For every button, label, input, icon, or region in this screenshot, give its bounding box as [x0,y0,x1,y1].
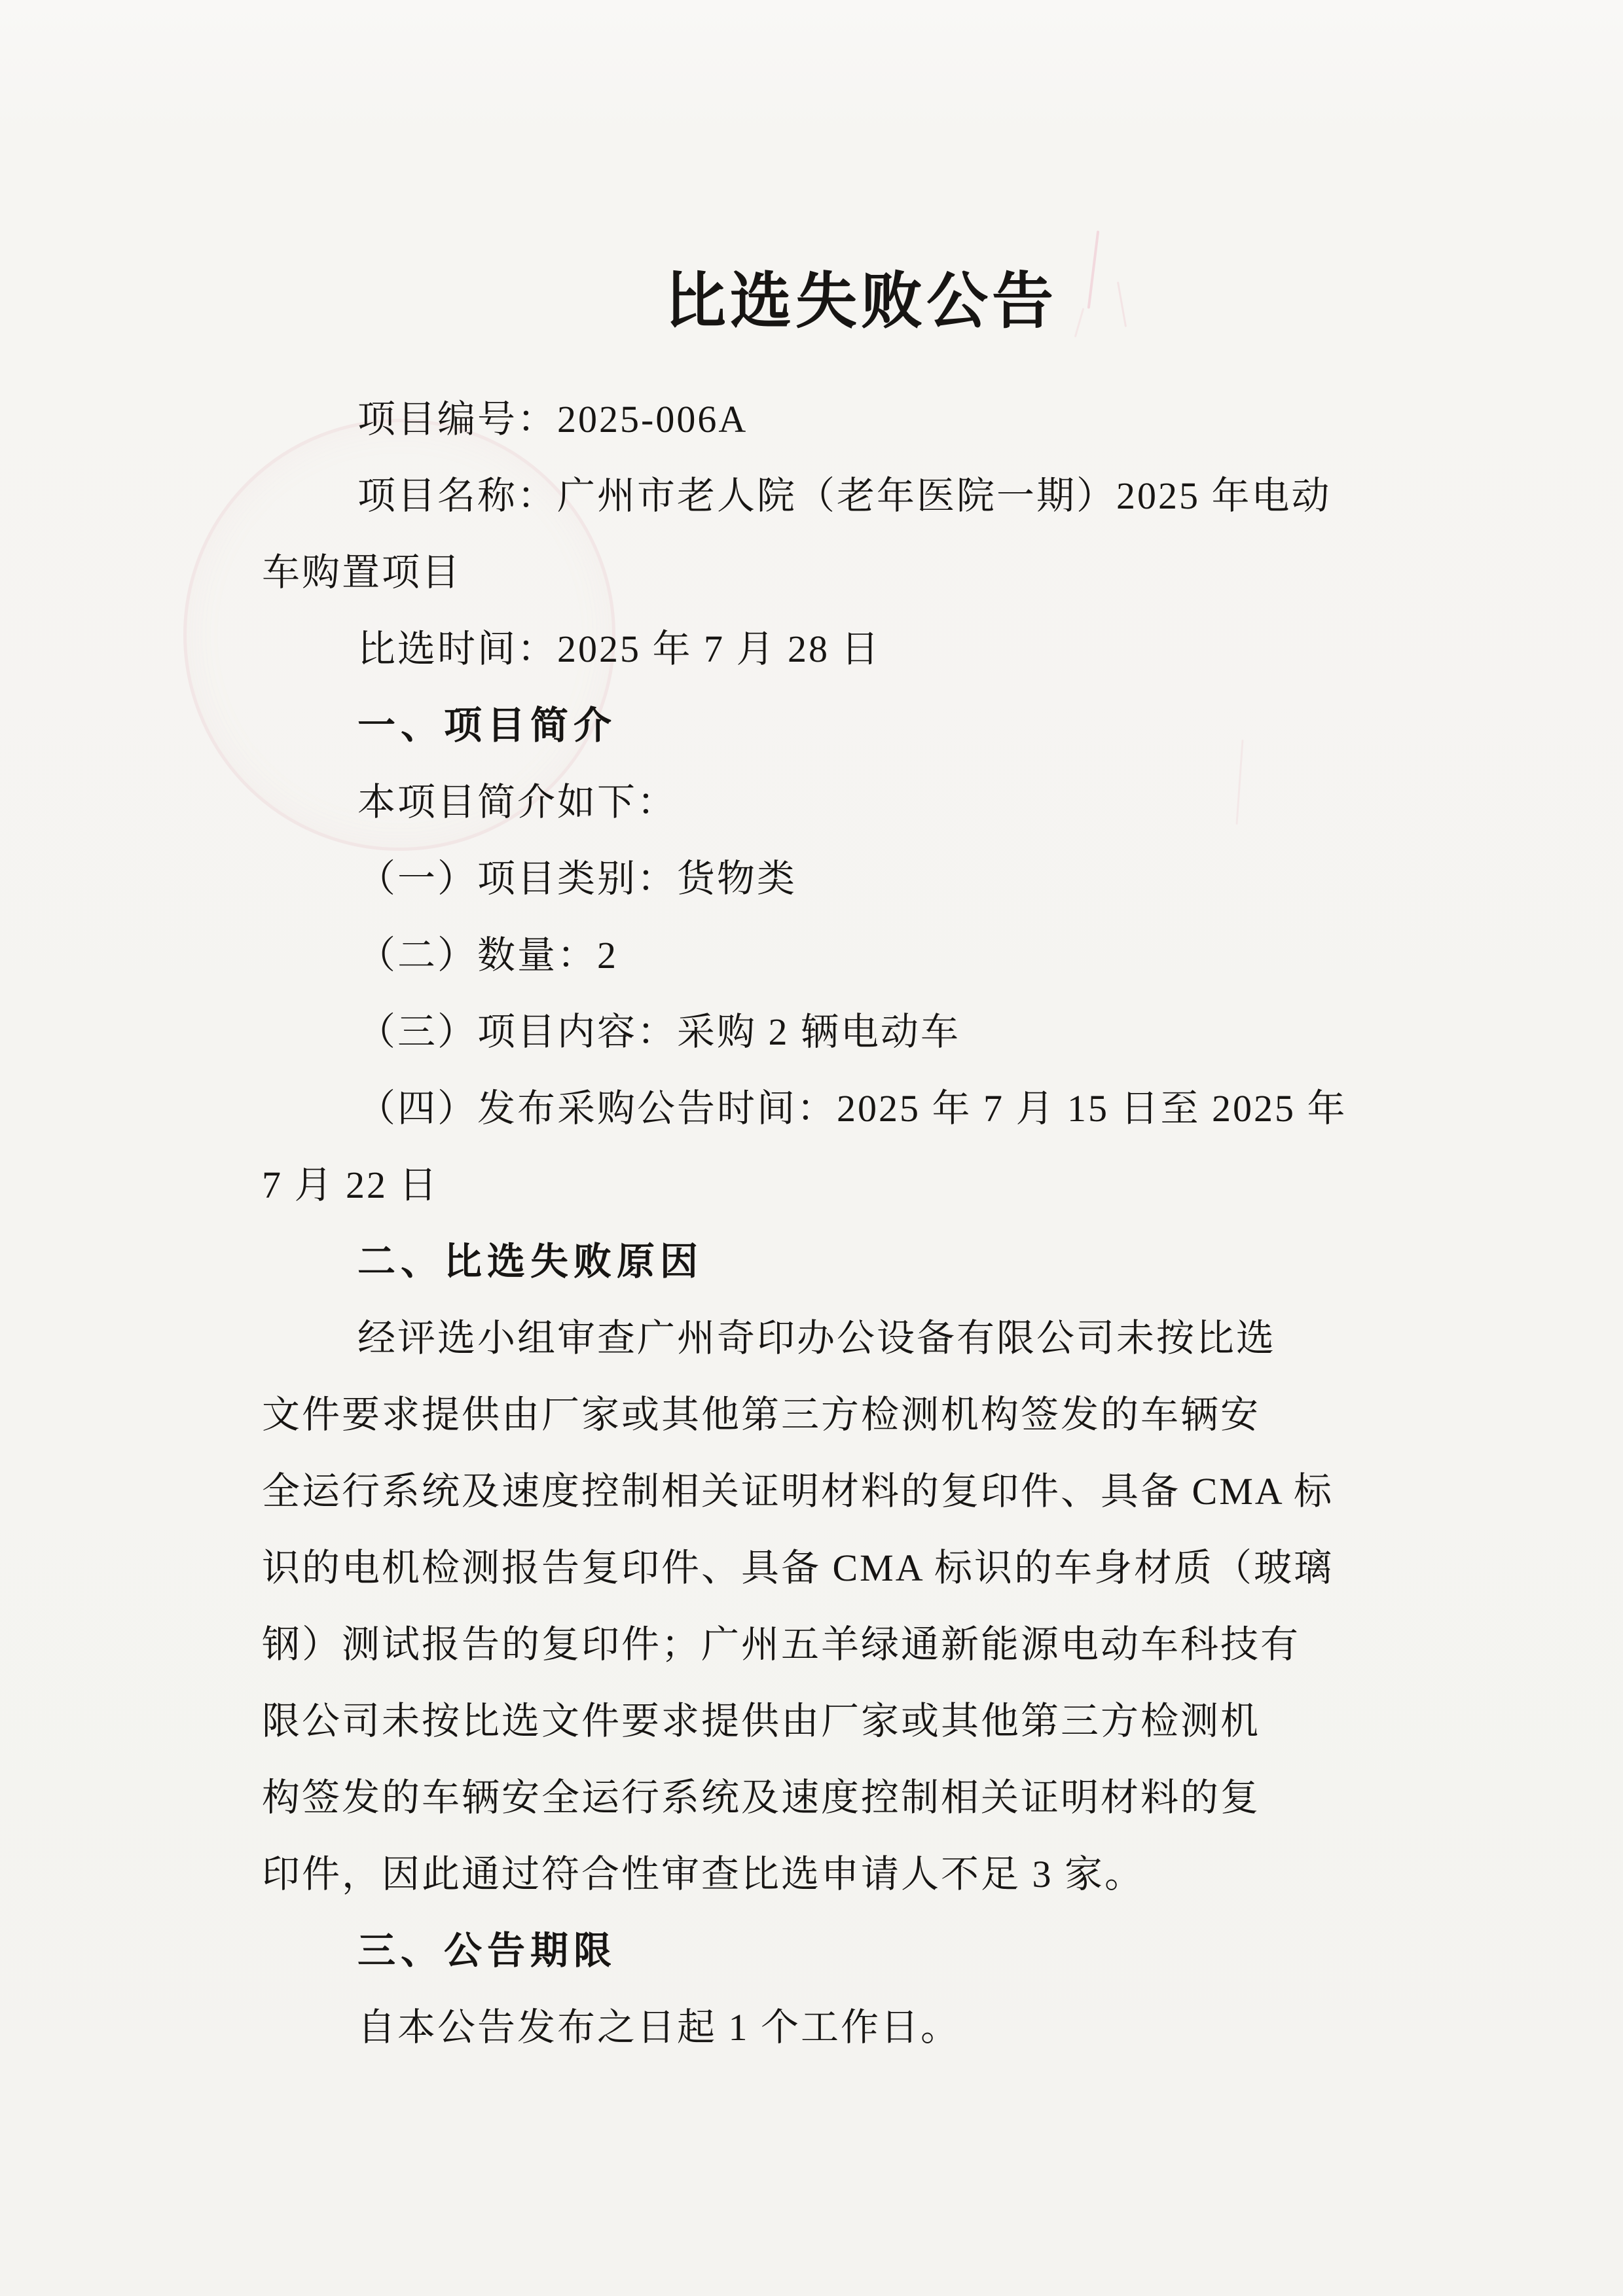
document-page: 比选失败公告 项目编号：2025-006A项目名称：广州市老人院（老年医院一期）… [0,0,1623,2296]
document-line: 印件，因此通过符合性审查比选申请人不足 3 家。 [262,1836,1388,1912]
document-line: 项目名称：广州市老人院（老年医院一期）2025 年电动 [262,457,1388,534]
document-line: 自本公告发布之日起 1 个工作日。 [262,1989,1388,2066]
document-line: 识的电机检测报告复印件、具备 CMA 标识的车身材质（玻璃 [262,1530,1388,1606]
document-line: （三）项目内容：采购 2 辆电动车 [262,994,1388,1070]
document-line: （一）项目类别：货物类 [262,840,1388,917]
document-line: 经评选小组审查广州奇印办公设备有限公司未按比选 [262,1300,1388,1376]
document-line: （二）数量：2 [262,917,1388,994]
document-line: 比选时间：2025 年 7 月 28 日 [262,611,1388,687]
document-line: 三、公告期限 [262,1912,1388,1989]
document-line: 车购置项目 [262,534,1388,611]
document-line: 7 月 22 日 [262,1147,1388,1223]
document-line: 项目编号：2025-006A [262,381,1388,457]
document-line: 构签发的车辆安全运行系统及速度控制相关证明材料的复 [262,1759,1388,1836]
document-title: 比选失败公告 [262,262,1460,341]
document-line: 全运行系统及速度控制相关证明材料的复印件、具备 CMA 标 [262,1453,1388,1530]
document-line: 文件要求提供由厂家或其他第三方检测机构签发的车辆安 [262,1376,1388,1453]
document-line: 一、项目简介 [262,687,1388,764]
document-line: 钢）测试报告的复印件；广州五羊绿通新能源电动车科技有 [262,1606,1388,1683]
document-line: （四）发布采购公告时间：2025 年 7 月 15 日至 2025 年 [262,1070,1388,1147]
document-line: 二、比选失败原因 [262,1223,1388,1300]
document-body: 项目编号：2025-006A项目名称：广州市老人院（老年医院一期）2025 年电… [262,381,1388,2066]
document-line: 限公司未按比选文件要求提供由厂家或其他第三方检测机 [262,1683,1388,1759]
document-line: 本项目简介如下： [262,764,1388,840]
